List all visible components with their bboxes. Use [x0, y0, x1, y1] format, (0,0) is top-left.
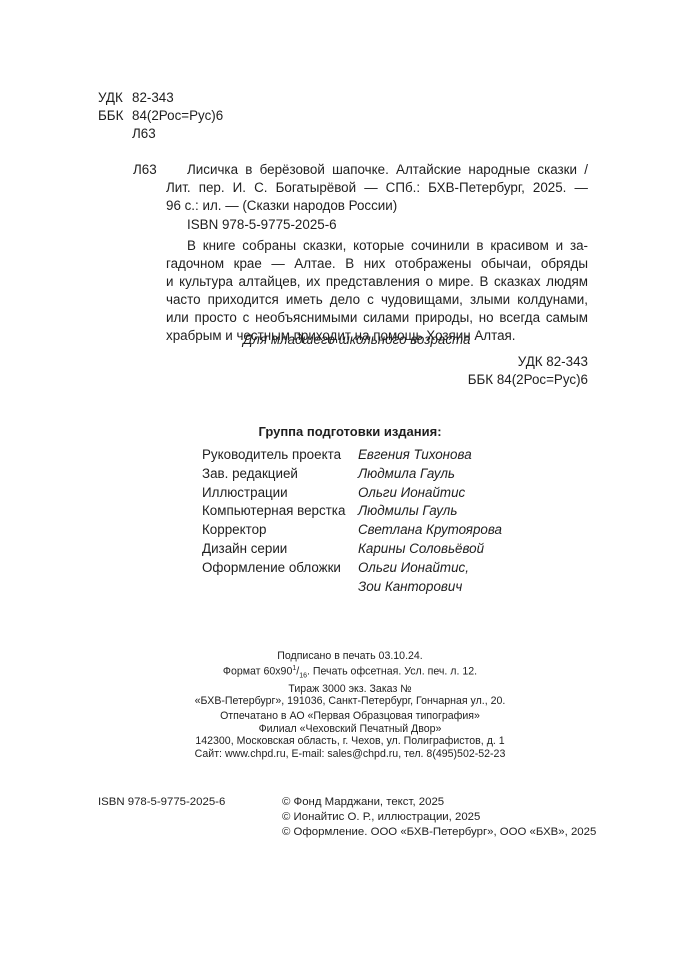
- biblio-word: С.: [254, 179, 267, 197]
- copyright-line: © Оформление. ООО «БХВ-Петербург», ООО «…: [282, 825, 596, 840]
- imprint: Подписано в печать 03.10.24. Формат 60x9…: [0, 650, 700, 708]
- biblio-author-mark: Л63: [133, 161, 157, 179]
- biblio-word: /: [584, 161, 588, 179]
- biblio-word: в: [245, 161, 252, 179]
- staff-row: ИллюстрацииОльги Ионайтис: [202, 484, 502, 503]
- staff-row: Зав. редакциейЛюдмила Гауль: [202, 465, 502, 484]
- annotation-line: и культура алтайцев, их представления о …: [166, 273, 588, 291]
- annotation-line: гадочном крае — Алтае. В них отображены …: [166, 255, 588, 273]
- annotation-line: В книге собраны сказки, которые сочинили…: [166, 237, 588, 255]
- biblio-word: Богатырёвой: [276, 179, 357, 197]
- staff-row: КорректорСветлана Крутоярова: [202, 521, 502, 540]
- biblio-word: БХВ-Петербург,: [428, 179, 525, 197]
- biblio-word: народные: [468, 161, 530, 179]
- printer-line: Сайт: www.chpd.ru, E-mail: sales@chpd.ru…: [0, 748, 700, 761]
- staff-name: Ольги Ионайтис, Зои Канторович: [358, 559, 469, 597]
- biblio-line-1: Лисичкавберёзовойшапочке.Алтайскиенародн…: [166, 161, 588, 179]
- staff-role: Дизайн серии: [202, 540, 358, 559]
- author-mark: Л63: [132, 125, 156, 143]
- classification-block-top: УДК82-343 ББК84(2Рос=Рус)6 Л63: [98, 89, 223, 143]
- biblio-word: шапочке.: [332, 161, 389, 179]
- biblio-word: пер.: [199, 179, 225, 197]
- annotation: В книге собраны сказки, которые сочинили…: [166, 237, 588, 345]
- copyright-line: © Фонд Марджани, текст, 2025: [282, 795, 596, 810]
- biblio-word: СПб.:: [386, 179, 420, 197]
- bbk-label: ББК: [98, 107, 132, 125]
- printer-line: Отпечатано в АО «Первая Образцовая типог…: [0, 710, 700, 723]
- biblio-line-3: 96 с.: ил. — (Сказки народов России): [166, 197, 588, 215]
- biblio-word: 2025.: [533, 179, 567, 197]
- staff-name: Ольги Ионайтис: [358, 484, 465, 503]
- staff-row: Компьютерная версткаЛюдмилы Гауль: [202, 502, 502, 521]
- staff-role: Зав. редакцией: [202, 465, 358, 484]
- staff-role: Иллюстрации: [202, 484, 358, 503]
- staff-row: Оформление обложкиОльги Ионайтис, Зои Ка…: [202, 559, 502, 597]
- staff-name: Людмила Гауль: [358, 465, 455, 484]
- biblio-word: берёзовой: [260, 161, 325, 179]
- printer-info: Отпечатано в АО «Первая Образцовая типог…: [0, 710, 700, 760]
- staff-row: Дизайн серииКарины Соловьёвой: [202, 540, 502, 559]
- annotation-line: или просто с необъяснимыми силами природ…: [166, 309, 588, 327]
- staff-name: Карины Соловьёвой: [358, 540, 484, 559]
- udk-value: 82-343: [132, 89, 174, 107]
- biblio-word: сказки: [537, 161, 577, 179]
- imprint-signed: Подписано в печать 03.10.24.: [0, 650, 700, 663]
- imprint-publisher: «БХВ-Петербург», 191036, Санкт-Петербург…: [0, 695, 700, 708]
- staff-role: Корректор: [202, 521, 358, 540]
- staff-title: Группа подготовки издания:: [0, 423, 700, 441]
- biblio-word: И.: [233, 179, 246, 197]
- bibliographic-entry: Лисичкавберёзовойшапочке.Алтайскиенародн…: [166, 161, 588, 215]
- annotation-line: часто приходится иметь дело с чудовищами…: [166, 291, 588, 309]
- audience-note: Для младшего школьного возраста: [243, 331, 471, 349]
- udk-label: УДК: [98, 89, 132, 107]
- isbn-main: ISBN 978-5-9775-2025-6: [187, 216, 337, 234]
- staff-role: Оформление обложки: [202, 559, 358, 597]
- udk-right: УДК 82-343: [468, 353, 588, 371]
- biblio-word: Алтайские: [396, 161, 461, 179]
- bbk-value: 84(2Рос=Рус)6: [132, 107, 223, 125]
- imprint-format: Формат 60x901/16. Печать офсетная. Усл. …: [0, 663, 700, 683]
- isbn-footer: ISBN 978-5-9775-2025-6: [98, 795, 225, 810]
- staff-name: Евгения Тихонова: [358, 446, 472, 465]
- biblio-word: —: [364, 179, 377, 197]
- copyright-line: © Ионайтис О. Р., иллюстрации, 2025: [282, 810, 596, 825]
- bbk-right: ББК 84(2Рос=Рус)6: [468, 371, 588, 389]
- biblio-word: —: [574, 179, 587, 197]
- copyright-notices: © Фонд Марджани, текст, 2025 © Ионайтис …: [282, 795, 596, 840]
- staff-role: Руководитель проекта: [202, 446, 358, 465]
- staff-name: Людмилы Гауль: [358, 502, 457, 521]
- staff-name: Светлана Крутоярова: [358, 521, 502, 540]
- printer-line: Филиал «Чеховский Печатный Двор»: [0, 723, 700, 736]
- imprint-run: Тираж 3000 экз. Заказ №: [0, 683, 700, 696]
- classification-block-right: УДК 82-343 ББК 84(2Рос=Рус)6: [468, 353, 588, 389]
- printer-line: 142300, Московская область, г. Чехов, ул…: [0, 735, 700, 748]
- staff-list: Руководитель проектаЕвгения ТихоноваЗав.…: [202, 446, 502, 596]
- staff-role: Компьютерная верстка: [202, 502, 358, 521]
- biblio-line-2: Лит.пер.И.С.Богатырёвой—СПб.:БХВ-Петербу…: [166, 179, 588, 197]
- staff-row: Руководитель проектаЕвгения Тихонова: [202, 446, 502, 465]
- biblio-word: Лисичка: [187, 161, 238, 179]
- biblio-word: Лит.: [166, 179, 191, 197]
